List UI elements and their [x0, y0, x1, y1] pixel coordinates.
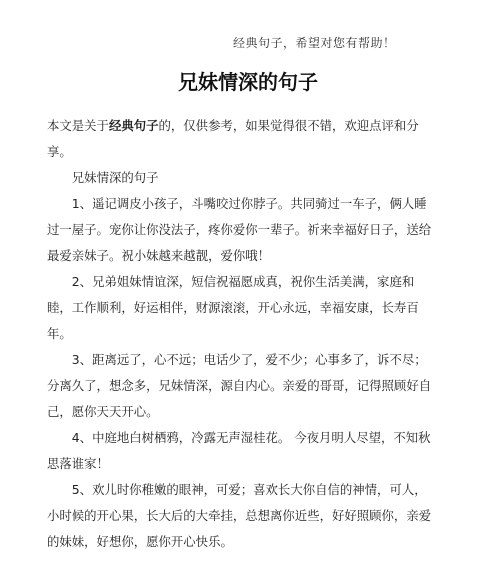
- paragraph-2: 2、兄弟姐妹情谊深，短信祝福愿成真，祝你生活美满，家庭和睦，工作顺利，好运相伴，…: [47, 269, 437, 347]
- intro-prefix: 本文是关于: [47, 118, 109, 133]
- subheading: 兄妹情深的句子: [47, 165, 437, 191]
- paragraph-1: 1、遥记调皮小孩子，斗嘴咬过你脖子。共同骑过一车子，俩人睡过一屋子。宠你让你没法…: [47, 191, 437, 269]
- intro-paragraph: 本文是关于经典句子的，仅供参考，如果觉得很不错，欢迎点评和分享。: [47, 113, 437, 165]
- document-body: 本文是关于经典句子的，仅供参考，如果觉得很不错，欢迎点评和分享。 兄妹情深的句子…: [47, 113, 437, 555]
- paragraph-5: 5、欢儿时你稚嫩的眼神，可爱；喜欢长大你自信的神情，可人，小时候的开心果，长大后…: [47, 477, 437, 555]
- intro-keyword: 经典句子: [109, 118, 159, 133]
- bottom-fade: [0, 553, 496, 561]
- paragraph-4: 4、中庭地白树栖鸦，冷露无声湿桂花。 今夜月明人尽望，不知秋思落谁家！: [47, 425, 437, 477]
- paragraph-3: 3、距离远了，心不远；电话少了，爱不少；心事多了，诉不尽；分离久了，想念多，兄妹…: [47, 347, 437, 425]
- page-title: 兄妹情深的句子: [0, 66, 496, 95]
- header-note: 经典句子，希望对您有帮助！: [233, 34, 396, 51]
